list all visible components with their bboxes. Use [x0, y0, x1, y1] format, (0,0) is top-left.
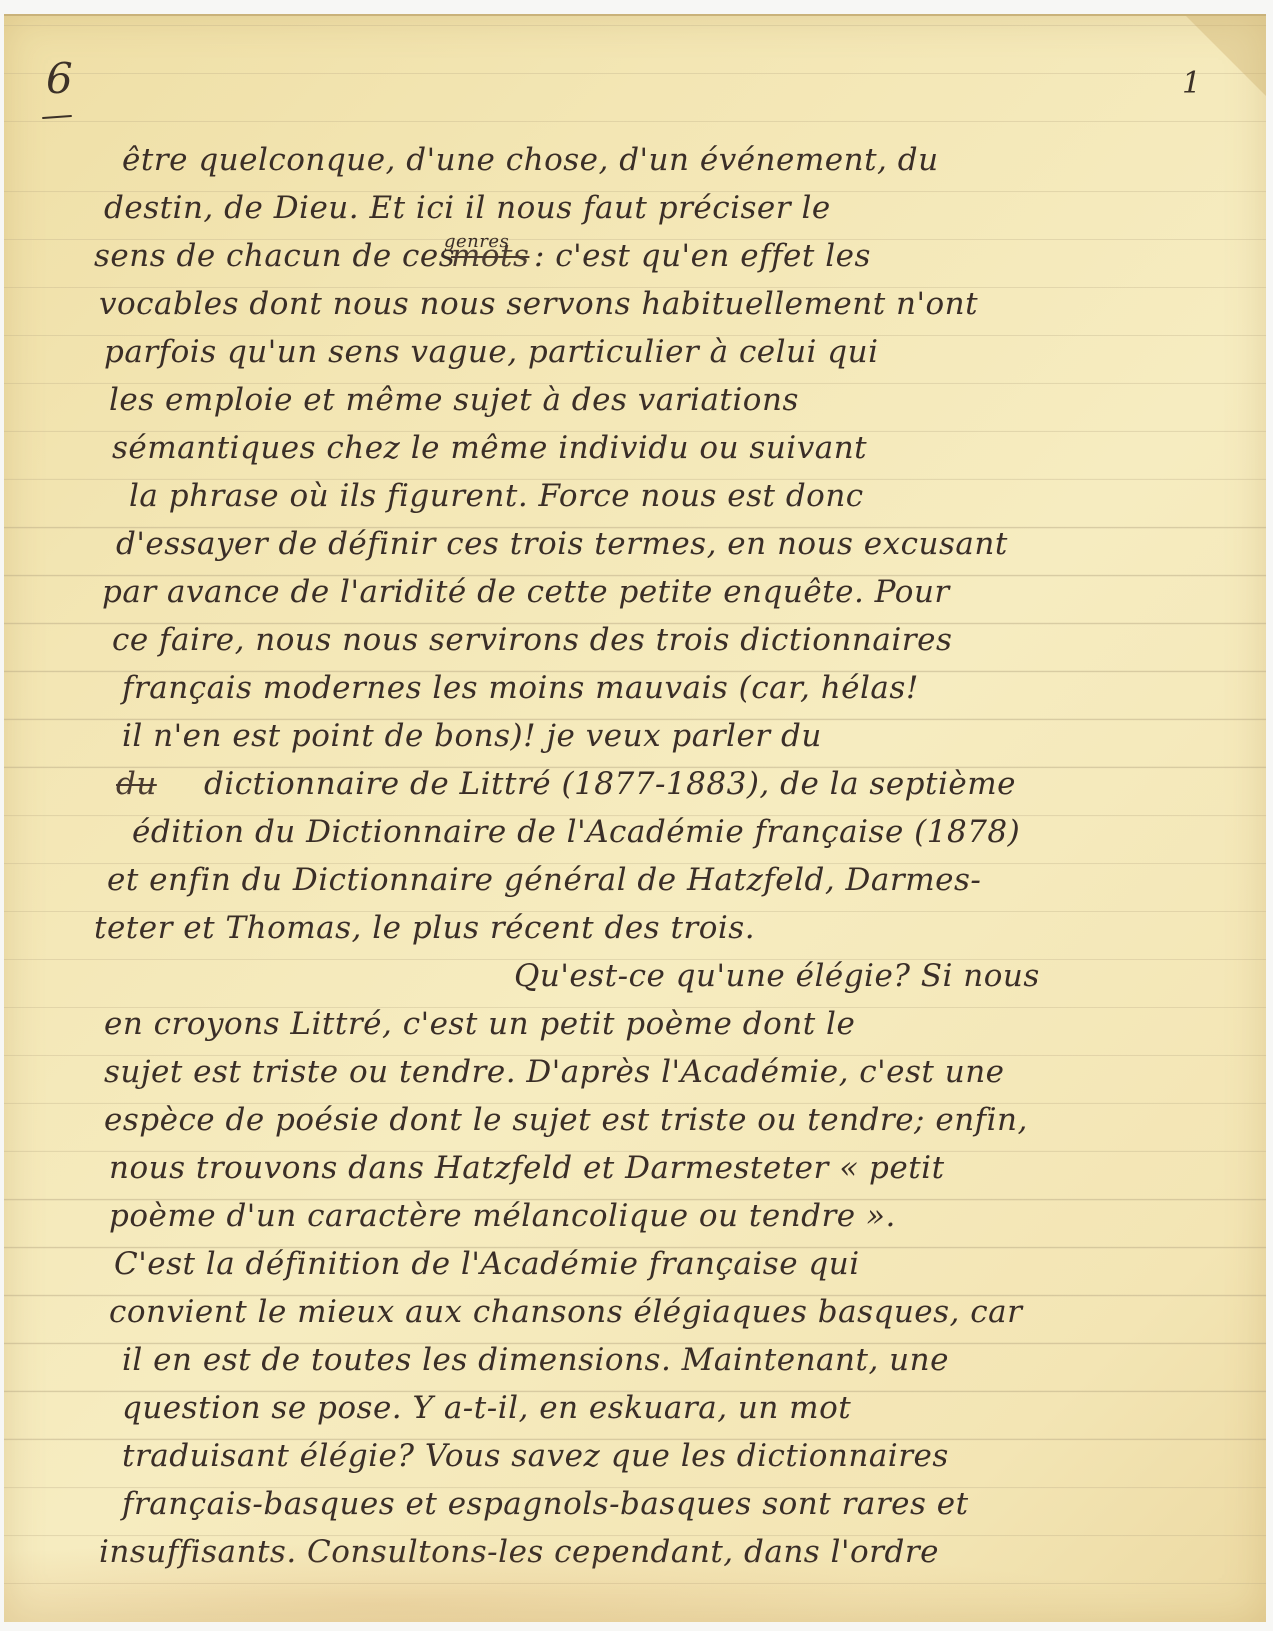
folio-underline [42, 115, 72, 119]
inserted-word: genres [444, 218, 509, 266]
handwritten-text: être quelconque, d'une chose, d'un événe… [4, 144, 1266, 1584]
folio-number-right: 1 [1182, 66, 1201, 101]
manuscript-page: 6 1 être quelconque, d'une chose, d'un é… [4, 14, 1266, 1622]
text-line: insuffisants. Consultons-les cependant, … [4, 1536, 1266, 1584]
struck-word: du [116, 760, 157, 808]
folio-number-left: 6 [46, 54, 73, 103]
